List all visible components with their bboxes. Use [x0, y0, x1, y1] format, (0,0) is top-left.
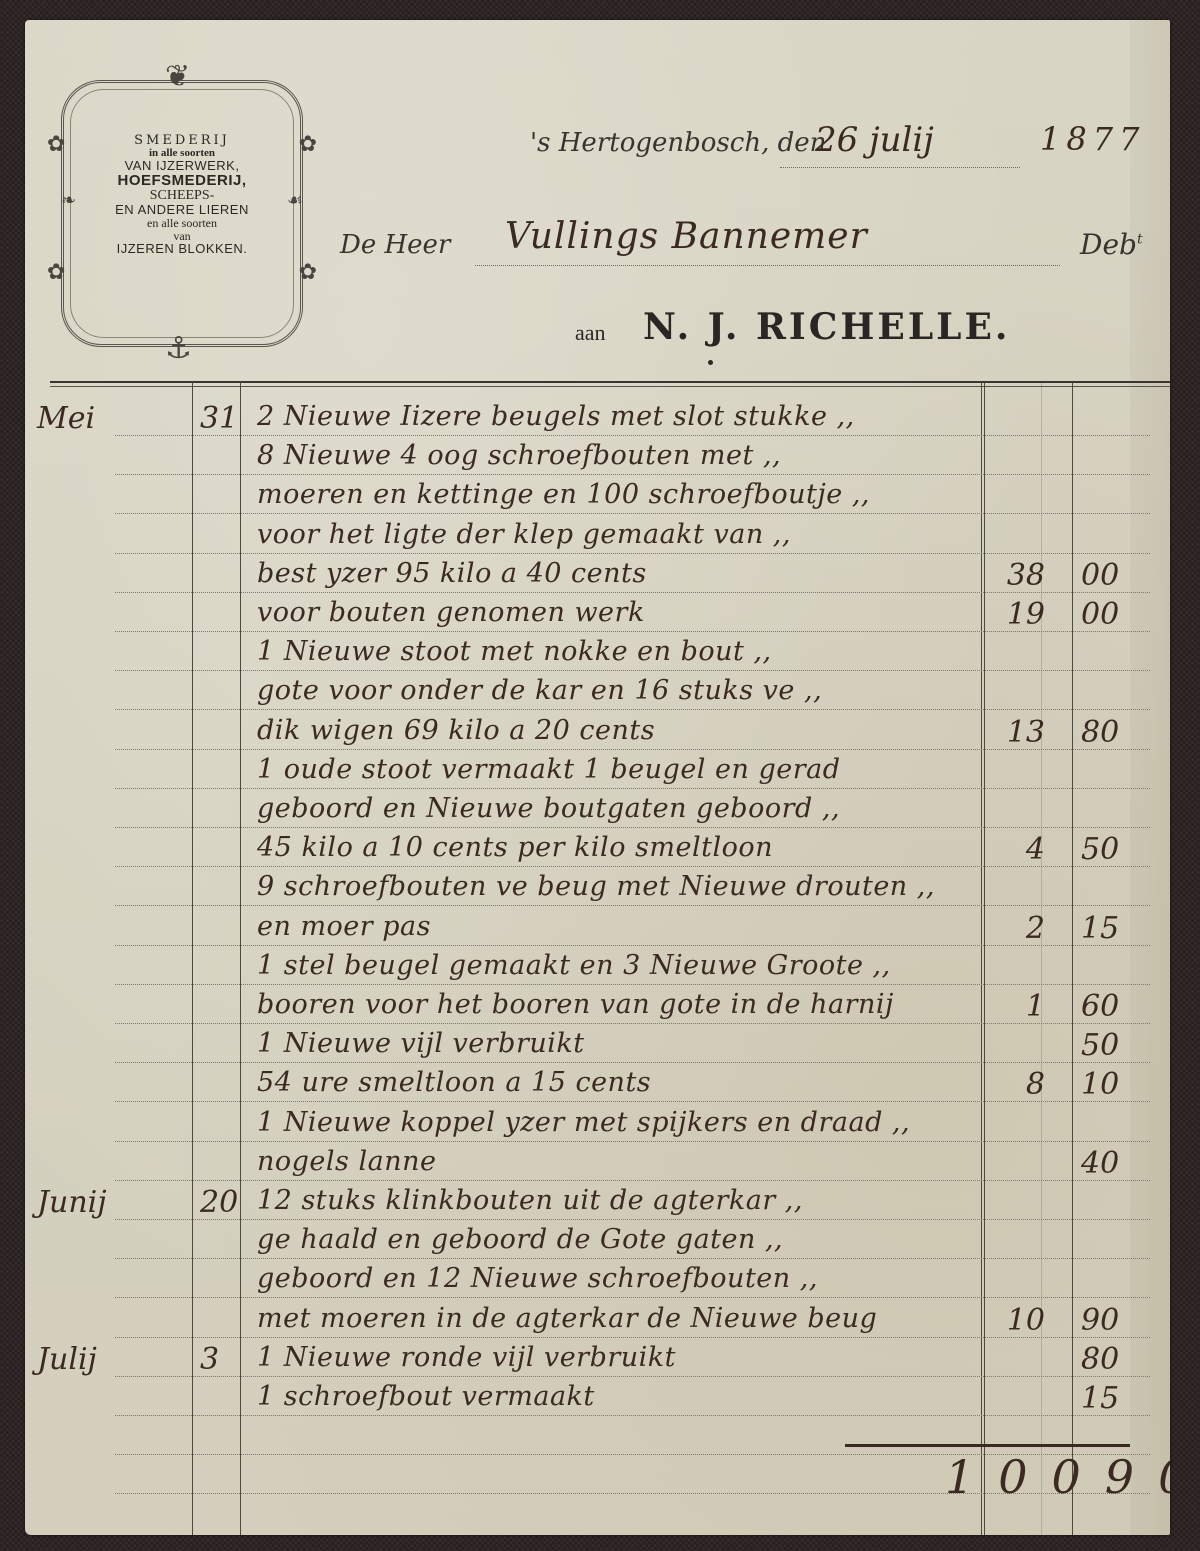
entry-guilders: 8	[987, 1067, 1045, 1102]
entry-cents: 80	[1081, 1342, 1119, 1377]
letterhead-line: VAN IJZERWERK,	[83, 159, 281, 173]
entry-description: voor het ligte der klep gemaakt van ,,	[257, 519, 791, 550]
flower-ornament-icon: ✿	[47, 134, 65, 156]
ruled-row-line	[115, 435, 1150, 436]
entry-day: 31	[200, 401, 238, 436]
flower-ornament-icon: ✿	[47, 262, 65, 284]
letterhead-line: en alle soorten	[83, 217, 281, 230]
entry-description: 1 oude stoot vermaakt 1 beugel en gerad	[257, 754, 841, 785]
column-divider-month-day	[192, 382, 193, 1535]
entry-description: nogels lanne	[257, 1146, 436, 1177]
total-rule	[845, 1444, 1130, 1447]
ruled-row-line	[115, 1141, 1150, 1142]
debit-label-text: Deb	[1080, 228, 1137, 261]
place-label: 's Hertogenbosch, den	[530, 128, 826, 158]
invoice-total: 10090	[945, 1450, 1170, 1504]
entry-description: gote voor onder de kar en 16 stuks ve ,,	[257, 675, 822, 706]
letterhead-line: HOEFSMEDERIJ,	[83, 173, 281, 189]
column-divider-guilders-cents	[1072, 382, 1073, 1535]
entry-description: geboord en Nieuwe boutgaten geboord ,,	[257, 793, 840, 824]
entry-description: en moer pas	[257, 911, 431, 942]
entry-description: 1 Nieuwe vijl verbruikt	[257, 1028, 585, 1059]
ruled-row-line	[115, 827, 1150, 828]
ruled-row-line	[115, 1219, 1150, 1220]
ruled-row-line	[115, 709, 1150, 710]
entry-guilders: 13	[987, 715, 1045, 750]
entry-cents: 90	[1081, 1303, 1119, 1338]
addressee-label: De Heer	[340, 230, 450, 260]
entry-cents: 00	[1081, 558, 1119, 593]
ruled-row-line	[115, 1062, 1150, 1063]
entry-description: booren voor het booren van gote in de ha…	[257, 989, 894, 1020]
entry-description: moeren en kettinge en 100 schroefboutje …	[257, 479, 870, 510]
addressee-name: Vullings Bannemer	[505, 216, 868, 257]
letterhead-line: IJZEREN BLOKKEN.	[83, 242, 281, 256]
debit-label: Debt	[1080, 228, 1143, 261]
letterhead-ornament-box: ❦ ⚓ ✿ ✿ ✿ ✿ ❧ ☙ SMEDERIJ in alle soorten…	[47, 62, 317, 367]
ruled-row-line	[115, 1376, 1150, 1377]
ruled-row-line	[115, 984, 1150, 985]
entry-description: 1 stel beugel gemaakt en 3 Nieuwe Groote…	[257, 950, 891, 981]
ink-dot	[708, 360, 713, 365]
entry-description: 1 Nieuwe koppel yzer met spijkers en dra…	[257, 1107, 910, 1138]
letterhead-line: SMEDERIJ	[83, 134, 281, 148]
entry-description: geboord en 12 Nieuwe schroefbouten ,,	[257, 1263, 818, 1294]
ruled-row-line	[115, 1180, 1150, 1181]
entry-guilders: 1	[987, 989, 1045, 1024]
entry-guilders: 38	[987, 558, 1045, 593]
entry-day: 20	[200, 1185, 238, 1220]
entry-description: 9 schroefbouten ve beug met Nieuwe drout…	[257, 871, 935, 902]
entry-guilders: 2	[987, 911, 1045, 946]
column-divider-desc-guilders	[981, 382, 985, 1535]
letterhead-text: SMEDERIJ in alle soorten VAN IJZERWERK, …	[83, 134, 281, 256]
entry-description: 1 Nieuwe ronde vijl verbruikt	[257, 1342, 676, 1373]
ruled-row-line	[115, 905, 1150, 906]
ruled-row-line	[115, 474, 1150, 475]
entry-description: 1 Nieuwe stoot met nokke en bout ,,	[257, 636, 772, 667]
ruled-row-line	[115, 788, 1150, 789]
entry-cents: 40	[1081, 1146, 1119, 1181]
entry-month: Mei	[37, 401, 95, 436]
entry-cents: 60	[1081, 989, 1119, 1024]
entry-cents: 50	[1081, 1028, 1119, 1063]
ruled-row-line	[115, 1297, 1150, 1298]
invoice-paper: ❦ ⚓ ✿ ✿ ✿ ✿ ❧ ☙ SMEDERIJ in alle soorten…	[25, 20, 1170, 1535]
entry-description: 8 Nieuwe 4 oog schroefbouten met ,,	[257, 440, 781, 471]
debit-label-sup: t	[1137, 232, 1143, 248]
entry-description: met moeren in de agterkar de Nieuwe beug	[257, 1303, 877, 1334]
entry-cents: 15	[1081, 911, 1119, 946]
entry-month: Julij	[37, 1342, 97, 1377]
entry-guilders: 4	[987, 832, 1045, 867]
entry-cents: 10	[1081, 1067, 1119, 1102]
ruled-row-line	[115, 513, 1150, 514]
ruled-row-line	[115, 1415, 1150, 1416]
entry-description: ge haald en geboord de Gote gaten ,,	[257, 1224, 783, 1255]
letterhead-line: SCHEEPS-	[83, 189, 281, 204]
entry-description: best yzer 95 kilo a 40 cents	[257, 558, 647, 589]
entry-description: 12 stuks klinkbouten uit de agterkar ,,	[257, 1185, 803, 1216]
ruled-row-line	[115, 553, 1150, 554]
anchor-ornament-icon: ⚓	[165, 334, 192, 364]
entry-cents: 15	[1081, 1381, 1119, 1416]
entry-cents: 50	[1081, 832, 1119, 867]
scroll-ornament-icon: ☙	[287, 192, 303, 210]
entry-description: 2 Nieuwe Iizere beugels met slot stukke …	[257, 401, 855, 432]
merchant-name: N. J. RICHELLE.	[643, 306, 1010, 348]
addressee-dotted-line	[475, 265, 1060, 266]
year-value: 1877	[1040, 120, 1145, 158]
entry-cents: 80	[1081, 715, 1119, 750]
date-dotted-line	[780, 167, 1020, 168]
entry-guilders: 10	[987, 1303, 1045, 1338]
scroll-ornament-icon: ❧	[61, 192, 76, 210]
flower-ornament-icon: ✿	[299, 262, 317, 284]
ruled-row-line	[115, 670, 1150, 671]
entry-description: voor bouten genomen werk	[257, 597, 645, 628]
entry-description: dik wigen 69 kilo a 20 cents	[257, 715, 655, 746]
scroll-ornament-icon: ❦	[165, 62, 190, 92]
entry-cents: 00	[1081, 597, 1119, 632]
ledger-top-rule	[50, 381, 1170, 387]
entry-description: 1 schroefbout vermaakt	[257, 1381, 595, 1412]
entry-guilders: 19	[987, 597, 1045, 632]
column-guide-guilders	[1041, 382, 1042, 1535]
entry-description: 45 kilo a 10 cents per kilo smeltloon	[257, 832, 773, 863]
entry-month: Junij	[37, 1185, 107, 1220]
ruled-row-line	[115, 1258, 1150, 1259]
flower-ornament-icon: ✿	[299, 134, 317, 156]
aan-label: aan	[575, 320, 606, 346]
entry-description: 54 ure smeltloon a 15 cents	[257, 1067, 651, 1098]
column-divider-day-desc	[240, 382, 241, 1535]
letterhead-line: EN ANDERE LIEREN	[83, 203, 281, 217]
entry-day: 3	[200, 1342, 219, 1377]
date-value: 26 julij	[815, 120, 934, 160]
